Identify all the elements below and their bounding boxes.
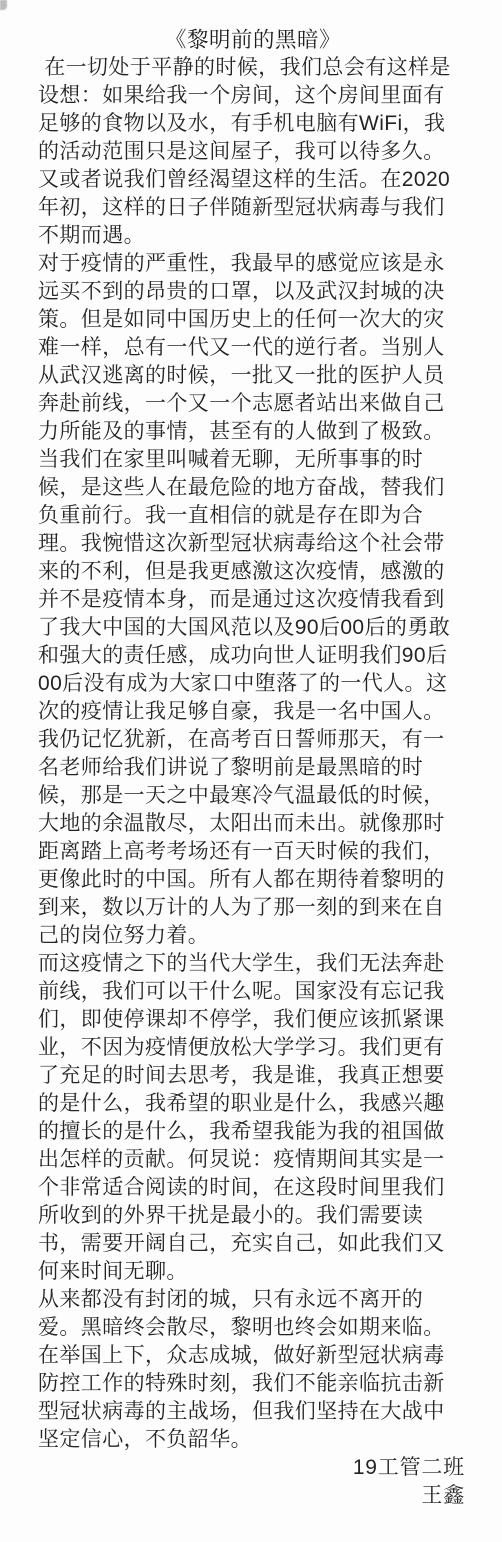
- text-line: 的是什么，我希望的职业是什么，我感兴趣: [38, 1090, 468, 1118]
- text-line: 大地的余温散尽，太阳出而未出。就像那时: [38, 810, 468, 838]
- text-line: 和强大的责任感，成功向世人证明我们90后: [38, 642, 468, 670]
- essay-title: 《黎明前的黑暗》: [38, 26, 468, 54]
- text-line: 设想：如果给我一个房间，这个房间里面有: [38, 82, 468, 110]
- essay-body: 在一切处于平静的时候，我们总会有这样是设想：如果给我一个房间，这个房间里面有足够…: [38, 54, 468, 1454]
- text-line: 业，不因为疫情便放松大学学习。我们更有: [38, 1034, 468, 1062]
- text-line: 所收到的外界干扰是最小的。我们需要读: [38, 1202, 468, 1230]
- text-line: 候，是这些人在最危险的地方奋战，替我们: [38, 474, 468, 502]
- text-line: 从武汉逃离的时候，一批又一批的医护人员: [38, 362, 468, 390]
- text-line: 到来，数以万计的人为了那一刻的到来在自: [38, 894, 468, 922]
- text-line: 年初，这样的日子伴随新型冠状病毒与我们: [38, 194, 468, 222]
- text-line: 足够的食物以及水，有手机电脑有WiFi，我: [38, 110, 468, 138]
- text-line: 我仍记忆犹新，在高考百日誓师那天，有一: [38, 726, 468, 754]
- text-line: 次的疫情让我足够自豪，我是一名中国人。: [38, 698, 468, 726]
- text-line: 远买不到的昂贵的口罩，以及武汉封城的决: [38, 278, 468, 306]
- signature-block: 19工管二班 王鑫: [38, 1454, 468, 1510]
- text-line: 名老师给我们讲说了黎明前是最黑暗的时: [38, 754, 468, 782]
- text-line: 防控工作的特殊时刻，我们不能亲临抗击新: [38, 1370, 468, 1398]
- text-line: 在一切处于平静的时候，我们总会有这样是: [38, 54, 468, 82]
- text-line: 理。我惋惜这次新型冠状病毒给这个社会带: [38, 530, 468, 558]
- text-line: 爱。黑暗终会散尽，黎明也终会如期来临。: [38, 1314, 468, 1342]
- text-line: 并不是疫情本身，而是通过这次疫情我看到: [38, 586, 468, 614]
- text-line: 从来都没有封闭的城，只有永远不离开的: [38, 1286, 468, 1314]
- signature-author: 王鑫: [38, 1482, 465, 1510]
- text-line: 又或者说我们曾经渴望这样的生活。在2020: [38, 166, 468, 194]
- text-line: 坚定信心，不负韶华。: [38, 1426, 468, 1454]
- text-line: 当我们在家里叫喊着无聊，无所事事的时: [38, 446, 468, 474]
- text-line: 力所能及的事情，甚至有的人做到了极致。: [38, 418, 468, 446]
- text-line: 来的不利，但是我更感激这次疫情，感激的: [38, 558, 468, 586]
- text-line: 难一样，总有一代又一代的逆行者。当别人: [38, 334, 468, 362]
- text-line: 候，那是一天之中最寒冷气温最低的时候，: [38, 782, 468, 810]
- text-line: 在举国上下，众志成城，做好新型冠状病毒: [38, 1342, 468, 1370]
- text-line: 更像此时的中国。所有人都在期待着黎明的: [38, 866, 468, 894]
- text-line: 距离踏上高考考场还有一百天时候的我们，: [38, 838, 468, 866]
- text-line: 负重前行。我一直相信的就是存在即为合: [38, 502, 468, 530]
- text-line: 了充足的时间去思考，我是谁，我真正想要: [38, 1062, 468, 1090]
- text-line: 何来时间无聊。: [38, 1258, 468, 1286]
- text-line: 前线，我们可以干什么呢。国家没有忘记我: [38, 978, 468, 1006]
- text-line: 型冠状病毒的主战场，但我们坚持在大战中: [38, 1398, 468, 1426]
- text-line: 不期而遇。: [38, 222, 468, 250]
- text-line: 的活动范围只是这间屋子，我可以待多久。: [38, 138, 468, 166]
- essay-page: 《黎明前的黑暗》 在一切处于平静的时候，我们总会有这样是设想：如果给我一个房间，…: [0, 0, 502, 1542]
- text-line: 对于疫情的严重性，我最早的感觉应该是永: [38, 250, 468, 278]
- text-line: 策。但是如同中国历史上的任何一次大的灾: [38, 306, 468, 334]
- text-line: 己的岗位努力着。: [38, 922, 468, 950]
- text-line: 了我大中国的大国风范以及90后00后的勇敢: [38, 614, 468, 642]
- text-line: 奔赴前线，一个又一个志愿者站出来做自己: [38, 390, 468, 418]
- corner-artifact: [0, 0, 7, 10]
- text-line: 们，即使停课却不停学，我们便应该抓紧课: [38, 1006, 468, 1034]
- text-line: 个非常适合阅读的时间，在这段时间里我们: [38, 1174, 468, 1202]
- text-line: 00后没有成为大家口中堕落了的一代人。这: [38, 670, 468, 698]
- text-line: 出怎样的贡献。何炅说：疫情期间其实是一: [38, 1146, 468, 1174]
- signature-class: 19工管二班: [38, 1454, 465, 1482]
- text-line: 书，需要开阔自己，充实自己，如此我们又: [38, 1230, 468, 1258]
- text-line: 的擅长的是什么，我希望我能为我的祖国做: [38, 1118, 468, 1146]
- text-line: 而这疫情之下的当代大学生，我们无法奔赴: [38, 950, 468, 978]
